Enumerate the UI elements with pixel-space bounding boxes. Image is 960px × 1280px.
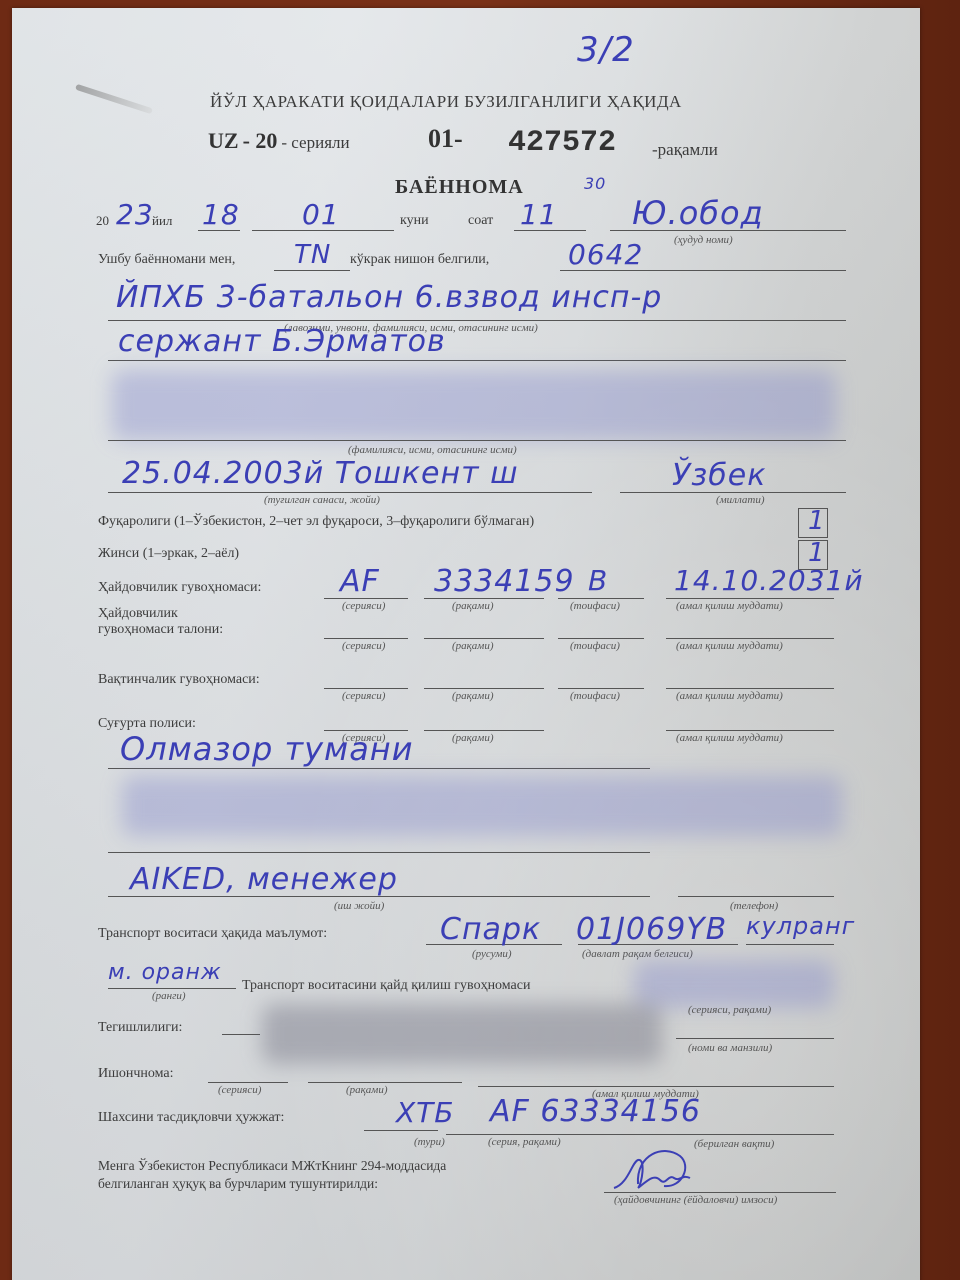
registration-caption: (серияси, рақами) [688, 1004, 771, 1016]
series-row: UZ - 20 - серияли [208, 128, 350, 154]
ownership-label: Тегишлилиги: [98, 1020, 182, 1036]
redacted-ownership [262, 1004, 662, 1064]
caption: (серияси) [342, 600, 385, 612]
license-label: Ҳайдовчилик гувоҳномаси: [98, 580, 261, 596]
gender-label: Жинси (1–эркак, 2–аёл) [98, 546, 239, 562]
redacted-registration [634, 960, 834, 1008]
phone-caption: (телефон) [730, 900, 778, 912]
vehicle-model-value: Спарк [440, 912, 541, 947]
time-label: соат [468, 213, 493, 229]
year-label: йил [152, 213, 172, 229]
caption: (серияси) [342, 690, 385, 702]
document-title: БАЁННОМА [395, 176, 524, 199]
caption: (рақами) [452, 732, 494, 744]
talon-label: Ҳайдовчилик [98, 606, 178, 622]
caption: (серияси) [342, 640, 385, 652]
day-label: куни [400, 213, 429, 229]
officer-name-value: сержант Б.Эрматов [118, 324, 446, 359]
year-value: 23 [116, 198, 154, 231]
badge-label: кўкрак нишон белгили, [350, 252, 489, 268]
caption: (серияси) [218, 1084, 261, 1096]
birth-value: 25.04.2003й Тошкент ш [122, 456, 519, 491]
pen-mark [75, 84, 153, 114]
redacted-address [122, 776, 842, 836]
signature-caption: (ҳайдовчининг (ёйдаловчи) имзоси) [614, 1194, 777, 1206]
vehicle-plate-value: 01J069YB [576, 912, 727, 947]
caption: (тоифаси) [570, 690, 620, 702]
redacted-offender-name [112, 370, 836, 440]
license-number-value: 3334159 [434, 564, 575, 599]
citizenship-label: Фуқаролиги (1–Ўзбекистон, 2–чет эл фуқар… [98, 514, 534, 530]
birth-caption: (туғилган санаси, жойи) [264, 494, 380, 506]
offender-name-caption: (фамилияси, исми, отасининг исми) [348, 444, 517, 456]
workplace-caption: (иш жойи) [334, 900, 384, 912]
identity-number-value: AF 63334156 [490, 1094, 701, 1129]
citizenship-value: 1 [808, 506, 826, 536]
day-value: 18 [202, 198, 240, 231]
license-category-value: B [588, 564, 608, 597]
number-label: -рақамли [652, 140, 718, 160]
caption: (амал қилиш муддати) [676, 600, 783, 612]
place-caption: (ҳудуд номи) [674, 234, 733, 246]
vehicle-plate-caption: (давлат рақам белгиси) [582, 948, 693, 960]
vehicle-model-caption: (русуми) [472, 948, 512, 960]
officer-intro-label: Ушбу баённомани мен, [98, 252, 235, 268]
license-validity-value: 14.10.2031й [674, 564, 864, 597]
caption: (тури) [414, 1136, 445, 1148]
address-value: Олмазор тумани [120, 730, 414, 768]
identity-type-value: ХТБ [396, 1096, 455, 1129]
month-value: 01 [302, 198, 340, 231]
identity-document-label: Шахсини тасдиқловчи ҳужжат: [98, 1110, 284, 1126]
series-number: 20 [255, 128, 277, 153]
caption: (амал қилиш муддати) [676, 690, 783, 702]
caption: (рақами) [452, 600, 494, 612]
nationality-value: Ўзбек [672, 458, 766, 493]
vehicle-color-value-2: м. оранж [108, 960, 222, 985]
workplace-value: AIKED, менежер [130, 862, 398, 897]
rights-text-line2: белгиланган ҳуқуқ ва бурчларим тушунтири… [98, 1176, 378, 1192]
temporary-license-label: Вақтинчалик гувоҳномаси: [98, 672, 260, 688]
badge-series-value: TN [294, 240, 331, 270]
caption: (серия, рақами) [488, 1136, 561, 1148]
vehicle-color-value: кулранг [746, 912, 855, 940]
officer-position-value: ЙПХБ 3-батальон 6.взвод инсп-р [116, 280, 662, 315]
series-label: - серияли [281, 133, 349, 152]
page-mark: 3/2 [577, 30, 635, 70]
place-value: Ю.обод [632, 194, 764, 232]
proxy-label: Ишончнома: [98, 1066, 174, 1082]
caption: (рақами) [346, 1084, 388, 1096]
document-heading: ЙЎЛ ҲАРАКАТИ ҚОИДАЛАРИ БУЗИЛГАНЛИГИ ҲАҚИ… [210, 92, 682, 112]
protocol-number: 427572 [508, 126, 616, 160]
vehicle-label: Транспорт воситаси ҳақида маълумот: [98, 926, 327, 942]
rights-text-line1: Менга Ўзбекистон Республикаси МЖтКнинг 2… [98, 1158, 446, 1174]
signature [608, 1144, 708, 1198]
caption: (амал қилиш муддати) [676, 640, 783, 652]
caption: (рақами) [452, 640, 494, 652]
registration-label: Транспорт воситасини қайд қилиш гувоҳном… [242, 978, 530, 994]
vehicle-color-caption: (ранги) [152, 990, 186, 1002]
minute-value: 30 [584, 174, 606, 193]
hour-value: 11 [520, 198, 558, 231]
ownership-caption: (номи ва манзили) [688, 1042, 772, 1054]
caption: (рақами) [452, 690, 494, 702]
series-prefix: UZ [208, 128, 239, 153]
badge-number-value: 0642 [568, 238, 643, 271]
nationality-caption: (миллати) [716, 494, 765, 506]
caption: (тоифаси) [570, 600, 620, 612]
protocol-paper: 3/2 ЙЎЛ ҲАРАКАТИ ҚОИДАЛАРИ БУЗИЛГАНЛИГИ … [12, 8, 920, 1280]
caption: (амал қилиш муддати) [676, 732, 783, 744]
talon-label-2: гувоҳномаси талони: [98, 622, 223, 638]
caption: (тоифаси) [570, 640, 620, 652]
number-prefix: 01- [428, 124, 463, 154]
license-series-value: AF [340, 564, 380, 599]
year-prefix: 20 [96, 213, 109, 229]
